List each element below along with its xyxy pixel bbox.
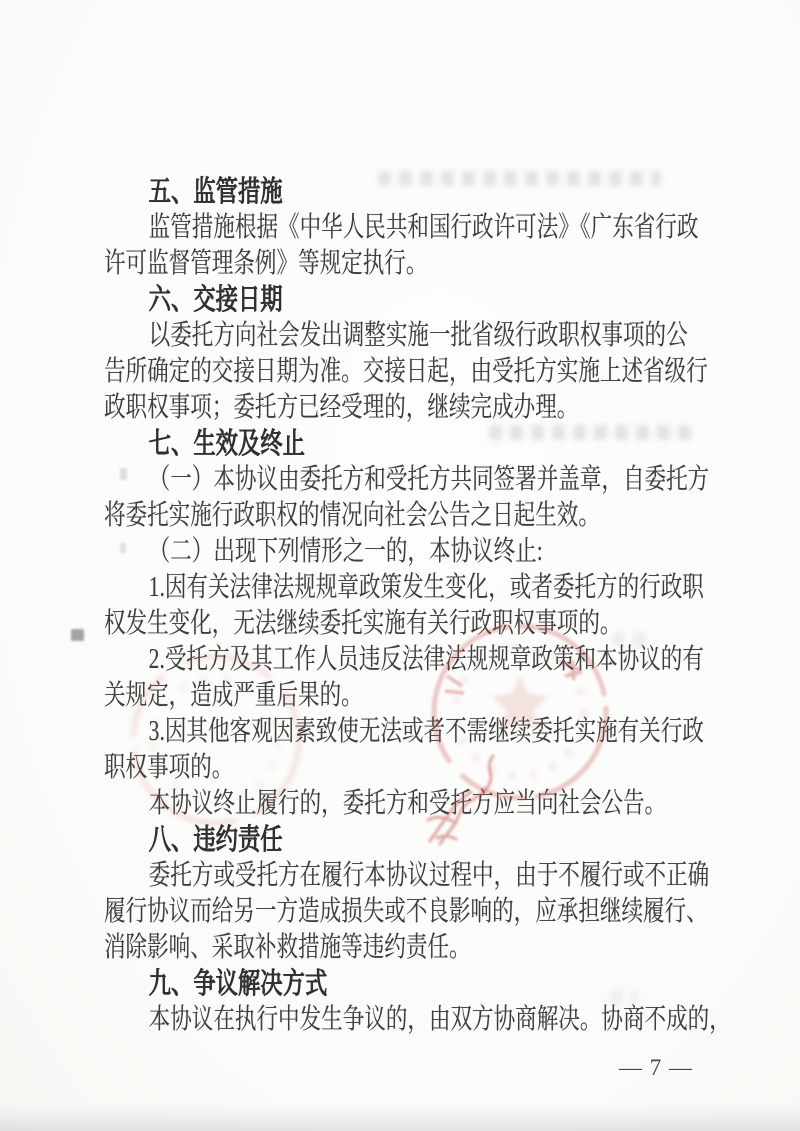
seal-overlay [0, 0, 800, 1131]
handwritten-signature [428, 756, 493, 844]
official-seal-main [434, 626, 606, 798]
scan-edge-shadow [0, 1103, 800, 1131]
scanned-document-page: 五、监管措施 监管措施根据《中华人民共和国行政许可法》《广东省行政 许可监督管理… [0, 0, 800, 1131]
official-seal-secondary [133, 657, 299, 823]
seal-star [492, 676, 548, 729]
page-number: — 7 — [610, 1052, 702, 1084]
